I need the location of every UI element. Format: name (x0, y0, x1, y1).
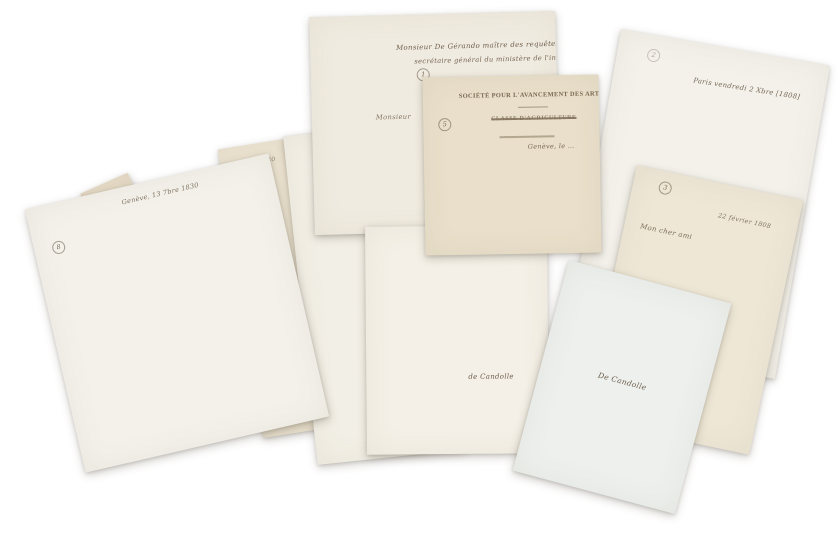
handwritten-date: Paris vendredi 2 Xbre [1808] (693, 77, 801, 101)
salutation: Monsieur (376, 114, 411, 122)
handwriting-script (557, 279, 715, 388)
handwriting-script (450, 181, 586, 225)
document-center-letter: de Candolle (365, 225, 549, 455)
handwritten-date: Genève, 13 7bre 1830 (121, 182, 199, 206)
salutation-script (480, 167, 544, 177)
signature: de Candolle (468, 374, 514, 381)
document-societe-letter: SOCIÉTÉ POUR L'AVANCEMENT DES ARTS CLASS… (422, 74, 601, 255)
photo-canvas: 2 Paris vendredi 2 Xbre [1808] 7 mars 18… (0, 0, 840, 546)
salutation: Mon cher ami (639, 223, 692, 241)
page-number-marker: 3 (658, 180, 673, 195)
address-line: Monsieur De Gérando maître des requêtes (396, 41, 560, 52)
handwriting-script (377, 251, 536, 346)
dateline-script (587, 387, 647, 410)
page-number-marker: 8 (51, 240, 67, 256)
handwritten-date: 22 février 1808 (717, 213, 771, 230)
printed-letterhead: SOCIÉTÉ POUR L'AVANCEMENT DES ARTS (459, 91, 602, 100)
address-line: secrétaire général du ministère de l'int… (414, 54, 561, 65)
bleedthrough-script (523, 399, 684, 500)
page-number-marker: 2 (646, 48, 661, 63)
signature: De Candolle (597, 372, 647, 392)
handwritten-date: Genève, le … (528, 143, 575, 150)
